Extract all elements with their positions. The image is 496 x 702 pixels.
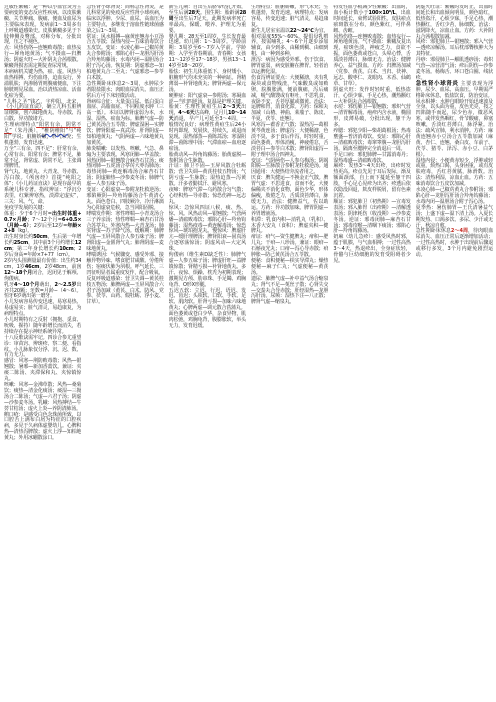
paragraph: 风寒泻—藿香正气散；湿热泻—葛根黄芩黄连汤；脾虚泻：大便稀溏，色淡不臭，多于食后… <box>251 123 328 158</box>
paragraph: 出生时身长约50cm，生后第一年增长约25cm，其中前3个月约增长12cm；第二… <box>4 235 81 259</box>
notes-page: 过敏性紫癜：是一种以小血管炎为主要病变的变态反应性疾病。以皮肤紫癜、关节肿痛、腹… <box>0 0 496 702</box>
paragraph: 生理病理特点“阳常有余，阴常不足”（朱丹溪），“稚阴稚阳”与“纯阳”学说；脏腑娇… <box>4 123 81 147</box>
paragraph: 积滞：乳食内积—消乳丸（乳积）、木香大安丸（食积）；脾虚夹积—健脾丸。 <box>251 218 328 236</box>
text-run: 泄泻：病因为感受外邪、伤于饮食、脾胃虚弱，病变脏腑在脾胃。轻者治以运脾化湿。 <box>251 57 328 75</box>
text-run: 奶麻（幼儿急疹）：感受风热时邪，蕴于肌腠，与气血相搏；一过性高热3～4天，热退疹… <box>333 234 410 264</box>
paragraph: 十八反歌诀需牢记。四诊合参尤重望诊：审苗窍、辨斑疹、察二便、看指纹。小儿脉象仅分… <box>4 336 81 360</box>
text-run: 顺证：邪犯肺卫（初热期）—宣毒发表汤；邪入肺胃（出疹期）—清解透表汤；阴津耗伤（… <box>333 199 410 235</box>
text-run: 夏季热：暑伤肺胃—王氏清暑益气汤；上盛下虚—温下清上汤。入夏长期发热、口渴多饮、… <box>416 205 493 229</box>
text-run: 佝偻病（维生素D缺乏性）：肺脾气虚—人参五味子汤；脾虚肝旺—益脾镇惊散；肾精亏损… <box>169 252 246 288</box>
paragraph: 新生儿居室室温以22～24℃为宜，相对湿度55%～60%。提倡母乳喂养，按需哺乳… <box>251 29 328 59</box>
paragraph: 本病病机关键为热、瘀、虚。风热与血热相搏，灼伤血络，迫血妄行，外溢肌肤；内渗肠胃… <box>4 70 81 100</box>
text-run: 咳嗽：风寒—金沸草散；风热—桑菊饮；痰热—清金化痰汤；痰湿—三拗汤合二陈汤；气虚… <box>4 382 81 412</box>
text-run: 阴虚火旺证：紫癜时发时止，出血时间延长和出血倾向明显，颜色暗红，低热盗汗，心烦少… <box>416 5 493 40</box>
text-run: 万全“三有余、四不足”：肝常有余、心常有余、阳常有余；脾常不足、肺常不足、肾常虚… <box>4 146 81 170</box>
paragraph: 感冒：风寒—荆防败毒散；风热—银翘散；暑邪—新加香薷饮。兼证：夹痰二陈汤、夹滞保… <box>4 359 81 383</box>
text-run: 伤食泻辨证要点：大便稀溏，夹有乳凝块或食物残渣，气味酸臭或如败卵，脘腹胀满，便前… <box>251 75 328 122</box>
paragraph: 厌食：脾失健运—不换金正气散。脾胃气虚：不思进食，食而不化，大便偏稀夹不消化食物… <box>251 176 328 217</box>
paragraph: 小儿时期特有之反射（拥抱、觅食、吮吸、握持）随年龄增长而消失，若持续存在提示神经… <box>4 318 81 336</box>
text-run: 麻疹：发热3～4天出疹，出疹时发热更高。疹点先见于耳后发际，渐及额面颈部，自上而… <box>333 163 410 199</box>
paragraph: 肾病综合征：大量蛋白尿、低白蛋白血症、高脂血症、不同程度水肿（三高一低）。本证以… <box>86 100 163 147</box>
text-run: 变证：心阳虚衰—参附龙牡救逆汤；邪陷厥阴—羚角钩藤汤合牛黄清心丸。面色苍白、四肢… <box>86 187 163 211</box>
paragraph: 风疹：邪犯肺卫—银翘散；邪入气营—透疹凉解汤。耳后枕部臖核肿大为其特征。 <box>416 40 493 58</box>
text-column-4: 生理特点：脏腑娇嫩，形气未充；生机蓬勃，发育迅速。病理特点：发病容易，传变迅速；… <box>251 5 328 698</box>
text-run: 十八反歌诀需牢记。四诊合参尤重望诊：审苗窍、辨斑疹、察二便、看指纹。小儿脉象仅分… <box>4 335 81 359</box>
paragraph: 体重：少于6个月时=出生时体重+0.7×月龄；7～12个月=6+0.5×（月龄−… <box>4 212 81 236</box>
text-column-5: 特发性血小板减少性紫癜：出血时，血小板计数小于100×10⁹/L，出血时间延长，… <box>333 5 410 698</box>
text-run: 湿热内侵：小便黄赤短少，浮肿或轻或重，烦热口渴，头身困重，或有皮肤疮毒，舌红苔黄… <box>416 158 493 188</box>
text-run: 五迟五软：立迟、行迟、语迟、发迟、齿迟；头项软、口软、手软、足软、肌肉软。肝肾亏… <box>169 288 246 312</box>
paragraph: 水痘：邪伤肺卫—银翘散；邪炽气营—清胃解毒汤。疱疹内含水液，椭圆形，皮薄易破，分… <box>333 105 410 129</box>
paragraph: 阴虚火旺证：紫癜时发时止，出血时间延长和出血倾向明显，颜色暗红，低热盗汗，心烦少… <box>416 5 493 40</box>
paragraph: 奶麻（幼儿急疹）：感受风热时邪，蕴于肌腠，与气血相搏；一过性高热3～4天，热退疹… <box>333 235 410 265</box>
paragraph: 咳嗽：风寒—金沸草散；风热—桑菊饮；痰热—清金化痰汤；痰湿—三拗汤合二陈汤；气虚… <box>4 383 81 413</box>
column-layout: 过敏性紫癜：是一种以小血管炎为主要病变的变态反应性疾病。以皮肤紫癜、关节肿痛、腹… <box>4 5 493 698</box>
text-run: 本病病机关键为热、瘀、虚。风热与血热相搏，灼伤血络，迫血妄行，外溢肌肤；内渗肠胃… <box>4 69 81 99</box>
text-run: 鹅口疮：是感受白色念珠菌所致、以口腔舌上满布白屑为特征的口腔疾病，多见于久病体虚… <box>4 412 81 442</box>
paragraph: 风水相搏：水肿自眼睑开始迅速波及全身，以头面为重，皮色光亮，按之凹陷随手而起，尿… <box>416 100 493 159</box>
paragraph: 胎黄：生理性黄疸生后2～3天出现，4～6天达高峰，足月儿10～14天消退，早产儿… <box>169 105 246 152</box>
text-run: 急性期卧床休息2～3周，水肿尿少者限盐限水；肉眼血尿消失、血压正常后方可下床轻微… <box>86 81 163 99</box>
text-run: 至出生后7足天。此期发病率死亡率最高，保暖、喂养、护理尤为重要。 <box>169 16 246 34</box>
text-run: 感冒：风寒—荆防败毒散；风热—银翘散；暑邪—新加香薷饮。兼证：夹痰二陈汤、夹滞保… <box>4 358 81 382</box>
text-run: 阴虚火旺：发作时轻时重，低热盗汗，心烦少寐，手足心热，潮热颧红—大补阴丸合茜根散… <box>333 87 410 105</box>
paragraph: 顺证：邪犯肺卫（初热期）—宣毒发表汤；邪入肺胃（出疹期）—清解透表汤；阴津耗伤（… <box>333 200 410 235</box>
paragraph: 2岁内头围测量最有价值：出生约34cm，1岁46cm，2岁48cm。前囟12～1… <box>4 259 81 283</box>
paragraph: 疳证：疳气—资生健脾丸；疳积—肥儿丸；干疳—八珍汤。兼证：眼疳—石斛夜光丸；口疳… <box>251 235 328 259</box>
paragraph: 泄泻：病因为感受外邪、伤于饮食、脾胃虚弱，病变脏腑在脾胃。轻者治以运脾化湿。 <box>251 58 328 76</box>
paragraph: 五迟五软：立迟、行迟、语迟、发迟、齿迟；头项软、口软、手软、足软、肌肉软。肝肾亏… <box>169 289 246 313</box>
text-run: 肺炎喘嗽：以发热、咳嗽、气急、鼻煽为主要表现。风寒闭肺—华盖散；风热闭肺—银翘散… <box>86 146 163 187</box>
text-run: 积滞：乳食内积—消乳丸（乳积）、木香大安丸（食积）；脾虚夹积—健脾丸。 <box>251 217 328 235</box>
paragraph: 点：风热伤络—连翘败毒散；血热妄行—犀角地黄汤；气不摄血—归脾汤；阴虚火旺—大补… <box>4 46 81 70</box>
paragraph: 湿热内侵：小便黄赤短少，浮肿或轻或重，烦热口渴，头身困重，或有皮肤疮毒，舌红苔黄… <box>416 159 493 189</box>
paragraph: 常证：风水相搏—麻黄连翘赤小豆汤合五苓散；湿热内侵—五味消毒饮合五皮饮。变证：水… <box>86 35 163 82</box>
text-column-6: 阴虚火旺证：紫癜时发时止，出血时间延长和出血倾向明显，颜色暗红，低热盗汗，心烦少… <box>416 5 493 698</box>
text-run: 点：风热伤络—连翘败毒散；血热妄行—犀角地黄汤；气不摄血—归脾汤；阴虚火旺—大补… <box>4 45 81 69</box>
text-column-1: 过敏性紫癜：是一种以小血管炎为主要病变的变态反应性疾病。以皮肤紫癜、关节肿痛、腹… <box>4 5 81 698</box>
paragraph: 急性期卧床休息2～3周，水肿尿少者限盐限水；肉眼血尿消失、血压正常后方可下床轻微… <box>86 82 163 100</box>
paragraph: 遗尿：肺脾气虚—补中益气汤合缩泉丸；肾气不足—菟丝子散；心肾失交—交泰丸合导赤散… <box>251 277 328 307</box>
paragraph: 婴儿期：28天至1周岁，生长发育最迅速。幼儿期：1～3周岁。学龄前期：3周岁至6… <box>169 35 246 70</box>
text-run: 硬肿症：阳气虚衰—参附汤；寒凝血涩—当归四逆汤。复温是护理关键。 <box>169 93 246 105</box>
paragraph: 惊风：急惊风四证八候，痰、热、惊、风。风热动风—银翘散；气营两燔—清瘟败毒饮；邪… <box>169 206 246 253</box>
text-run: 急性肾小球肾炎：简称急性肾炎，是儿科常见的免疫反应性肾小球疾病，临床以浮肿、少尿… <box>86 5 163 34</box>
text-run: 哮喘发作期：寒性哮喘—小青龙汤合三子养亲汤；热性哮喘—麻杏石甘汤合苏葶丸；外寒内… <box>86 211 163 252</box>
paragraph: 丹痧：邪侵肺卫—解肌透痧汤；毒炽气营—凉营清气汤；疹后阴伤—沙参麦冬汤。杨梅舌、… <box>416 58 493 82</box>
paragraph: 夜啼：脾寒气滞—乌药散合匀气散；心经积热—导赤散；惊恐伤神—远志丸。 <box>169 188 246 206</box>
text-run: 水凌心肺—己椒苈黄丸合参附汤；邪陷心肝—龙胆泻肝汤合羚角钩藤汤；水毒内闭—温胆汤… <box>416 187 493 205</box>
paragraph: “儿科之圣”钱乙，字仲阳，北宋，《小儿药证直诀》，确立儿科五脏辨证纲领，创六味地… <box>4 100 81 124</box>
paragraph: 生理特点：脏腑娇嫩，形气未充；生机蓬勃，发育迅速。病理特点：发病容易，传变迅速；… <box>251 5 328 29</box>
paragraph: 急性肾小球肾炎 主要表现为浮肿、尿少、血尿、高血压。早期需严格卧床休息，低盐饮食… <box>416 82 493 100</box>
paragraph: 伤食泻辨证要点：大便稀溏，夹有乳凝块或食物残渣，气味酸臭或如败卵，脘腹胀满，便前… <box>251 76 328 123</box>
text-run: 丹痧：邪侵肺卫—解肌透痧汤；毒炽气营—凉营清气汤；疹后阴伤—沙参麦冬汤。杨梅舌、… <box>416 57 493 81</box>
paragraph: 肺炎喘嗽：以发热、咳嗽、气急、鼻煽为主要表现。风寒闭肺—华盖散；风热闭肺—银翘散… <box>86 147 163 188</box>
text-run: 胎怯：初生儿体重低下、身材矮小、脏腑形气均未充实的一种病证。肾精薄弱—补肾地黄丸… <box>169 69 246 93</box>
paragraph: 便秘：食积便秘—枳实导滞丸；燥热便秘—麻子仁丸；气虚便秘—黄芪汤。 <box>251 259 328 277</box>
paragraph: 阴虚火旺：发作时轻时重，低热盗汗，心烦少寐，手足心热，潮热颧红—大补阴丸合茜根散… <box>333 88 410 106</box>
text-run: 生理特点：脏腑娇嫩，形气未充；生机蓬勃，发育迅速。病理特点：发病容易，传变迅速；… <box>251 5 328 28</box>
text-run: 汗证：肺卫不固—玉屏风散合牡蛎散；营卫失调—黄芪桂枝五物汤；气阴亏虚—生脉散；湿… <box>169 163 246 187</box>
text-run: 遗尿：肺脾气虚—补中益气汤合缩泉丸；肾气不足—菟丝子散；心肾失交—交泰丸合导赤散… <box>251 276 328 306</box>
text-run: 疳证：疳气—资生健脾丸；疳积—肥儿丸；干疳—八珍汤。兼证：眼疳—石斛夜光丸；口疳… <box>251 234 328 258</box>
paragraph: 急性期卧床休息2～4周，待肉眼血尿消失、血压正常后逐渐增加活动；一过性高热时，水… <box>416 229 493 259</box>
paragraph: 水凌心肺—己椒苈黄丸合参附汤；邪陷心肝—龙胆泻肝汤合羚角钩藤汤；水毒内闭—温胆汤… <box>416 188 493 206</box>
text-run: 面色萎黄或苍白少华，杂食异物，肌肉松弛，鸡胸龟背，腹膨胀软，举头无力，发育迟缓。 <box>169 311 246 329</box>
paragraph: 乳牙4～10个月萌出，2～2.5岁出齐共20颗；牙数=月龄−（4～6）。恒牙6岁… <box>4 283 81 301</box>
text-run: 哮喘诱因：气候骤变、感受外邪、接触异物异味、嗜食肥甘咸酸、劳倦所伤；宿痰伏肺为夙… <box>86 252 163 276</box>
paragraph: 鹅口疮：是感受白色念珠菌所致、以口腔舌上满布白屑为特征的口腔疾病，多见于久病体虚… <box>4 413 81 443</box>
text-run: 常证：风水相搏—麻黄连翘赤小豆汤合五苓散；湿热内侵—五味消毒饮合五皮饮。变证：水… <box>86 34 163 81</box>
text-run: 肾气丸、地黄丸、大青龙、导赤散、泻白散。《颅囟经》首提“纯阳之体”；《小儿药证直… <box>4 169 81 205</box>
paragraph: 哮喘发作期：寒性哮喘—小青龙汤合三子养亲汤；热性哮喘—麻杏石甘汤合苏葶丸；外寒内… <box>86 212 163 253</box>
paragraph: 小儿发病容易传变迅速，易寒易热、易虚易实；脏气清灵，易趋康复，为病理特点。 <box>4 300 81 318</box>
paragraph: 万全“三有余、四不足”：肝常有余、心常有余、阳常有余；脾常不足、肺常不足、肾常虚… <box>4 147 81 171</box>
paragraph: 夏季热：暑伤肺胃—王氏清暑益气汤；上盛下虚—温下清上汤。入夏长期发热、口渴多饮、… <box>416 206 493 230</box>
paragraph: 反复呼吸道感染：营卫失调—黄芪桂枝五物汤；肺脾两虚—玉屏风散合六君子汤加减（黄芪… <box>86 277 163 307</box>
text-run: 过敏性紫癜：是一种以小血管炎为主要病变的变态反应性疾病。以皮肤紫癜、关节肿痛、腹… <box>4 5 81 45</box>
paragraph: 佝偻病（维生素D缺乏性）：肺脾气虚—人参五味子汤；脾虚肝旺—益脾镇惊散；肾精亏损… <box>169 253 246 288</box>
text-run: 风热伤络—连翘败毒散；血热妄行—犀角地黄汤。气不摄血：紫癜反复出现，瘀斑色淡，神… <box>333 34 410 87</box>
paragraph: 痄腮：邪犯少阳—柴胡葛根汤；热毒壅盛—普济消毒饮。变证：邪陷心肝—清瘟败毒饮；毒… <box>333 129 410 153</box>
text-run: 风水相搏：水肿自眼睑开始迅速波及全身，以头面为重，皮色光亮，按之凹陷随手而起，尿… <box>416 99 493 158</box>
text-run: 痄腮：邪犯少阳—柴胡葛根汤；热毒壅盛—普济消毒饮。变证：邪陷心肝—清瘟败毒饮；毒… <box>333 128 410 152</box>
paragraph: 麻疹：发热3～4天出疹，出疹时发热更高。疹点先见于耳后发际，渐及额面颈部，自上而… <box>333 164 410 199</box>
text-run: 厌食：脾失健运—不换金正气散。脾胃气虚：不思进食，食而不化，大便偏稀夹不消化食物… <box>251 175 328 216</box>
paragraph: 变证：心阳虚衰—参附龙牡救逆汤；邪陷厥阴—羚角钩藤汤合牛黄清心丸。面色苍白、四肢… <box>86 188 163 212</box>
text-run: 风疹：邪犯肺卫—银翘散；邪入气营—透疹凉解汤。耳后枕部臖核肿大为其特征。 <box>416 39 493 57</box>
text-run: 反复呼吸道感染：营卫失调—黄芪桂枝五物汤；肺脾两虚—玉屏风散合六君子汤加减（黄芪… <box>86 276 163 306</box>
paragraph: 新生儿期：自出生后脐带结扎开始，至生后满28天。围生期：胎龄满28周至出生后7足… <box>169 5 246 35</box>
paragraph: 哮喘诱因：气候骤变、感受外邪、接触异物异味、嗜食肥甘咸酸、劳倦所伤；宿痰伏肺为夙… <box>86 253 163 277</box>
text-run: 便秘：食积便秘—枳实导滞丸；燥热便秘—麻子仁丸；气虚便秘—黄芪汤。 <box>251 258 328 276</box>
text-run: ；2岁后至12岁= <box>29 223 67 229</box>
text-run: 惊风：急惊风四证八候，痰、热、惊、风。风热动风—银翘散；气营两燔—清瘟败毒饮；邪… <box>169 205 246 252</box>
text-run: 肾病综合征：大量蛋白尿、低白蛋白血症、高脂血症、不同程度水肿（三高一低）。本证以… <box>86 99 163 146</box>
text-column-3: 新生儿期：自出生后脐带结扎开始，至生后满28天。围生期：胎龄满28周至出生后7足… <box>169 5 246 698</box>
paragraph: 风热伤络—连翘败毒散；血热妄行—犀角地黄汤。气不摄血：紫癜反复出现，瘀斑色淡，神… <box>333 35 410 88</box>
text-run: 婴儿期：28天至1周岁，生长发育最迅速。幼儿期：1～3周岁。学龄前期：3周岁至6… <box>169 34 246 70</box>
text-run: 风寒泻—藿香正气散；湿热泻—葛根黄芩黄连汤；脾虚泻：大便稀溏，色淡不臭，多于食后… <box>251 122 328 158</box>
text-run: 夜啼：脾寒气滞—乌药散合匀气散；心经积热—导赤散；惊恐伤神—远志丸。 <box>169 187 246 205</box>
text-run: 小儿时期特有之反射（拥抱、觅食、吮吸、握持）随年龄增长而消失，若持续存在提示神经… <box>4 317 81 335</box>
text-run: 变证：气阴两伤—人参乌梅汤；阴竭阳脱—生脉散合参附龙牡救逆汤。通因通用：大便热结… <box>251 158 328 176</box>
paragraph: 特发性血小板减少性紫癜：出血时，血小板计数小于100×10⁹/L，出血时间延长，… <box>333 5 410 35</box>
paragraph: 汗证：肺卫不固—玉屏风散合牡蛎散；营卫失调—黄芪桂枝五物汤；气阴亏虚—生脉散；湿… <box>169 164 246 188</box>
paragraph: 过敏性紫癜：是一种以小血管炎为主要病变的变态反应性疾病。以皮肤紫癜、关节肿痛、腹… <box>4 5 81 46</box>
paragraph: 急性肾小球肾炎：简称急性肾炎，是儿科常见的免疫反应性肾小球疾病，临床以浮肿、少尿… <box>86 5 163 35</box>
paragraph: 变证：气阴两伤—人参乌梅汤；阴竭阳脱—生脉散合参附龙牡救逆汤。通因通用：大便热结… <box>251 159 328 177</box>
text-column-2: 急性肾小球肾炎：简称急性肾炎，是儿科常见的免疫反应性肾小球疾病，临床以浮肿、少尿… <box>86 5 163 698</box>
text-run: 水痘：邪伤肺卫—银翘散；邪炽气营—清胃解毒汤。疱疹内含水液，椭圆形，皮薄易破，分… <box>333 104 410 128</box>
text-run: 胎黄动风—羚角钩藤汤；胎黄虚脱—参附汤合生脉散。 <box>169 152 246 164</box>
paragraph: 面色萎黄或苍白少华，杂食异物，肌肉松弛，鸡胸龟背，腹膨胀软，举头无力，发育迟缓。 <box>169 312 246 330</box>
text-run: 消退，早产儿可延至3～4周，一般情况良好；病理性黄疸生后24小时内即现，发展快，… <box>169 116 246 152</box>
text-run: 手足口病：邪犯肺脾—甘露消毒丹；湿热毒盛—清瘟败毒饮。 <box>333 152 410 164</box>
text-run: 小儿发病容易传变迅速，易寒易热、易虚易实；脏气清灵，易趋康复，为病理特点。 <box>4 299 81 317</box>
paragraph: 肾气丸、地黄丸、大青龙、导赤散、泻白散。《颅囟经》首提“纯阳之体”；《小儿药证直… <box>4 170 81 205</box>
paragraph: 胎怯：初生儿体重低下、身材矮小、脏腑形气均未充实的一种病证。肾精薄弱—补肾地黄丸… <box>169 70 246 94</box>
